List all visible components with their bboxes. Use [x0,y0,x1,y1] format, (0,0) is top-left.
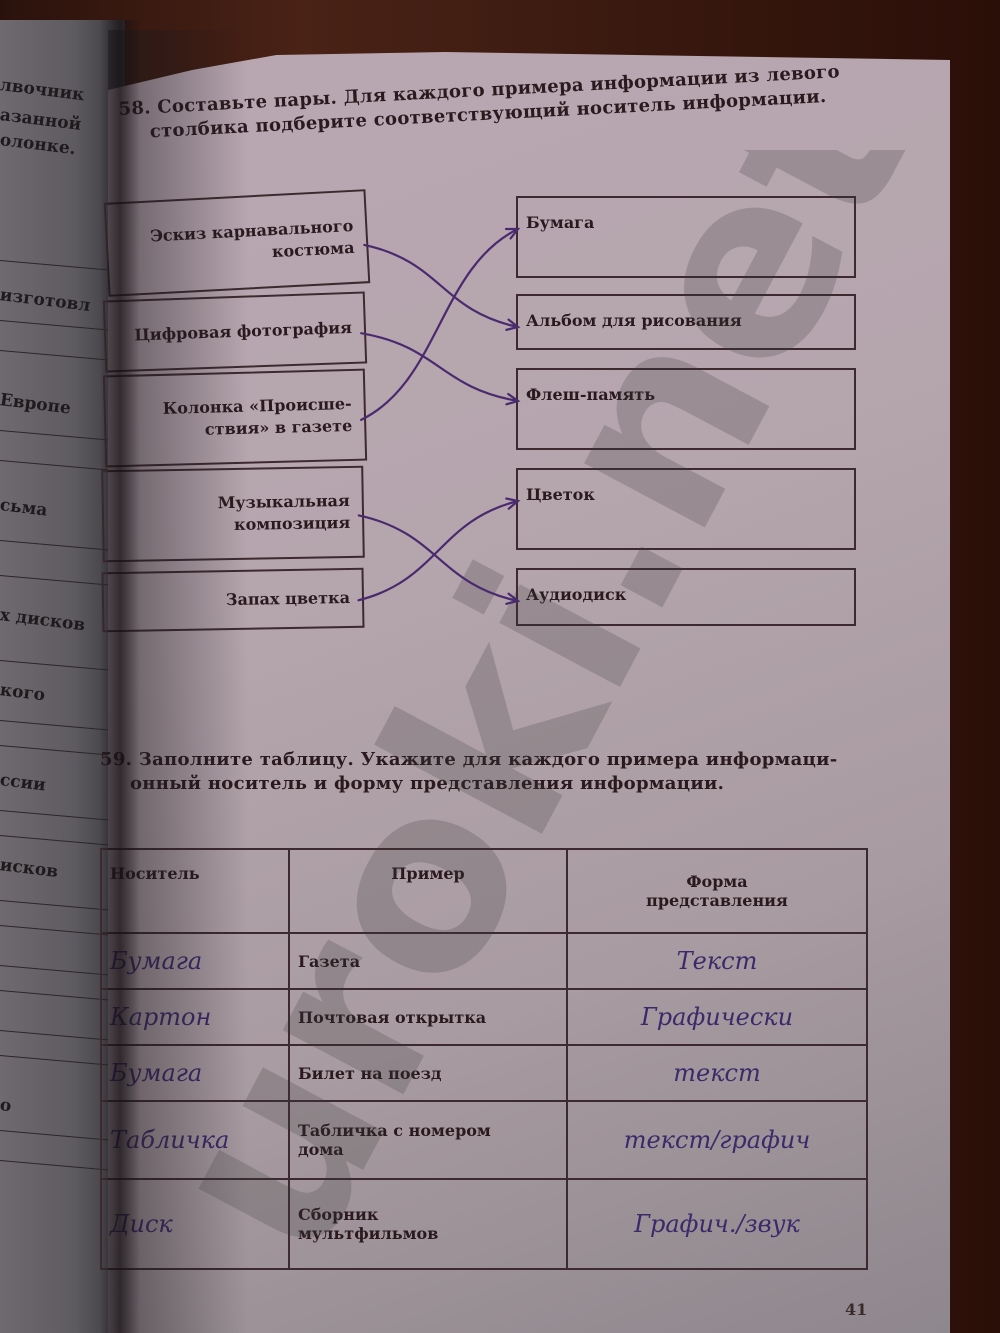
header-example: Пример [289,849,567,933]
example-box-music: Музыкальная композиция [101,466,365,563]
example-label: Колонка «Происше- ствия» в газете [162,393,352,442]
example-box-news-column: Колонка «Происше- ствия» в газете [103,369,367,468]
left-page-fragment: кого [0,680,46,705]
table-row: Бумага Газета Текст [101,933,867,989]
form-cell: текст/графич [567,1101,867,1179]
left-page-fragment: изготовл [0,285,91,316]
task-59-title: 59. Заполните таблицу. Укажите для каждо… [100,748,838,796]
example-cell: Сборник мультфильмов [289,1179,567,1269]
example-box-flower-smell: Запах цветка [101,568,364,633]
carrier-box-paper: Бумага [516,196,856,278]
carrier-label: Аудиодиск [526,584,626,606]
left-rule [0,660,125,672]
carrier-label: Флеш-память [526,384,655,406]
form-cell: текст [567,1045,867,1101]
carrier-box-flash-memory: Флеш-память [516,368,856,450]
carrier-box-audio-disc: Аудиодиск [516,568,856,626]
task-59-number: 59. [100,749,132,770]
carrier-label: Бумага [526,212,594,234]
form-cell: Графически [567,989,867,1045]
example-cell: Газета [289,933,567,989]
left-rule [0,810,125,822]
carrier-box-flower: Цветок [516,468,856,550]
carrier-cell: Табличка [101,1101,289,1179]
carrier-label: Альбом для рисования [526,310,742,332]
carrier-label: Цветок [526,484,595,506]
example-cell: Табличка с номером дома [289,1101,567,1179]
page-number: 41 [845,1300,867,1319]
left-page-fragment: сьма [0,495,49,521]
example-label: Запах цветка [226,587,350,611]
table-row: Бумага Билет на поезд текст [101,1045,867,1101]
header-carrier: Носитель [101,849,289,933]
form-cell: Графич./звук [567,1179,867,1269]
left-rule [0,720,125,732]
example-box-costume-sketch: Эскиз карнавального костюма [104,189,371,297]
table-row: Табличка Табличка с номером дома текст/г… [101,1101,867,1179]
task-58-number: 58. [118,97,151,120]
carrier-cell: Картон [101,989,289,1045]
left-page-fragment: ссии [0,770,47,795]
table-row: Диск Сборник мультфильмов Графич./звук [101,1179,867,1269]
left-rule [0,835,125,847]
example-label: Эскиз карнавального костюма [150,215,355,270]
left-page-fragment: азанной [0,105,82,135]
carrier-cell: Бумага [101,1045,289,1101]
task-59-line1: Заполните таблицу. Укажите для каждого п… [139,749,838,770]
left-page-fragment: исков [0,855,59,882]
example-label: Цифровая фотография [134,317,352,347]
task-59-line2: онный носитель и форму представления инф… [130,773,724,794]
table-row: Картон Почтовая открытка Графически [101,989,867,1045]
carrier-cell: Бумага [101,933,289,989]
example-box-digital-photo: Цифровая фотография [103,291,367,372]
left-page-fragment: Европе [0,390,72,419]
left-page-fragment: лвочник [0,75,86,105]
carrier-box-sketchbook: Альбом для рисования [516,294,856,350]
example-cell: Билет на поезд [289,1045,567,1101]
left-page-fragment: о [0,1095,12,1116]
carrier-cell: Диск [101,1179,289,1269]
example-cell: Почтовая открытка [289,989,567,1045]
example-label: Музыкальная композиция [217,490,350,536]
header-form: Форма представления [567,849,867,933]
table-header-row: Носитель Пример Форма представления [101,849,867,933]
left-page-fragment: х дисков [0,605,86,635]
carrier-form-table: Носитель Пример Форма представления Бума… [100,848,868,1270]
form-cell: Текст [567,933,867,989]
left-page-fragment: олонке. [0,130,77,159]
